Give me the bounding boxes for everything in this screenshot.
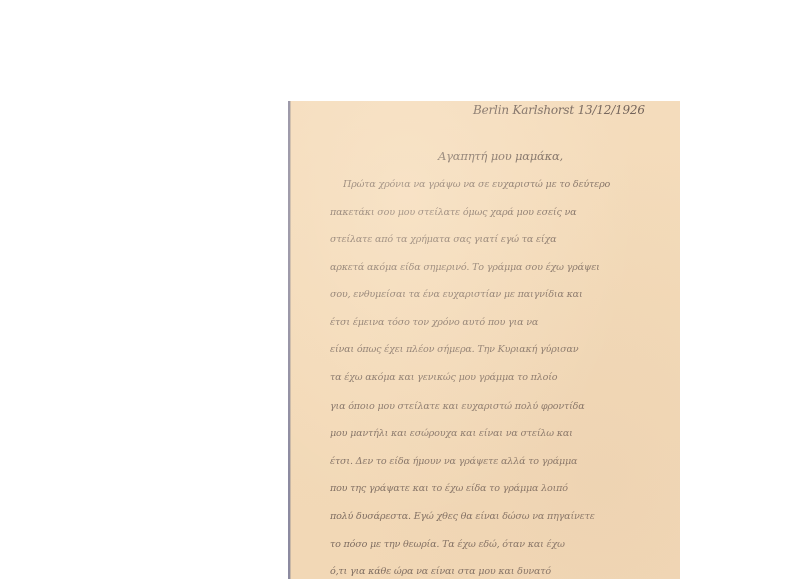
- letter-line: είναι όπως έχει πλέον σήμερα. Την Κυριακ…: [330, 344, 665, 355]
- letter-line: στείλατε από τα χρήματα σας γιατί εγώ τα…: [330, 234, 665, 245]
- letter-line: πολύ δυσάρεστα. Εγώ χθες θα είναι δώσω ν…: [330, 511, 665, 522]
- letter-line: σου, ενθυμείσαι τα ένα ευχαριστίαν με πα…: [330, 289, 665, 300]
- letter-line: για όποιο μου στείλατε και ευχαριστώ πολ…: [330, 401, 665, 412]
- letter-line: πακετάκι σου μου στείλατε όμως χαρά μου …: [330, 207, 665, 218]
- letter-line: τα έχω ακόμα και γενικώς μου γράμμα το π…: [330, 372, 665, 383]
- letter-line: μου μαντήλι και εσώρουχα και είναι να στ…: [330, 428, 665, 439]
- letter-line: έτσι. Δεν το είδα ήμουν να γράψετε αλλά …: [330, 456, 665, 467]
- letter-page: Berlin Karlshorst 13/12/1926 Αγαπητή μου…: [288, 101, 680, 579]
- letter-line: αρκετά ακόμα είδα σημερινό. Το γράμμα σο…: [330, 262, 665, 273]
- letter-line: έτσι έμεινα τόσο τον χρόνο αυτό που για …: [330, 317, 665, 328]
- letter-line: Πρώτα χρόνια να γράψω να σε ευχαριστώ με…: [343, 179, 668, 190]
- letter-line: ό,τι για κάθε ώρα να είναι στα μου και δ…: [330, 566, 665, 577]
- letter-salutation: Αγαπητή μου μαμάκα,: [438, 149, 563, 163]
- letter-header-place-date: Berlin Karlshorst 13/12/1926: [473, 103, 645, 117]
- letter-line: που της γράψατε και το έχω είδα το γράμμ…: [330, 483, 665, 494]
- letter-line: το πόσο με την θεωρία. Τα έχω εδώ, όταν …: [330, 539, 665, 550]
